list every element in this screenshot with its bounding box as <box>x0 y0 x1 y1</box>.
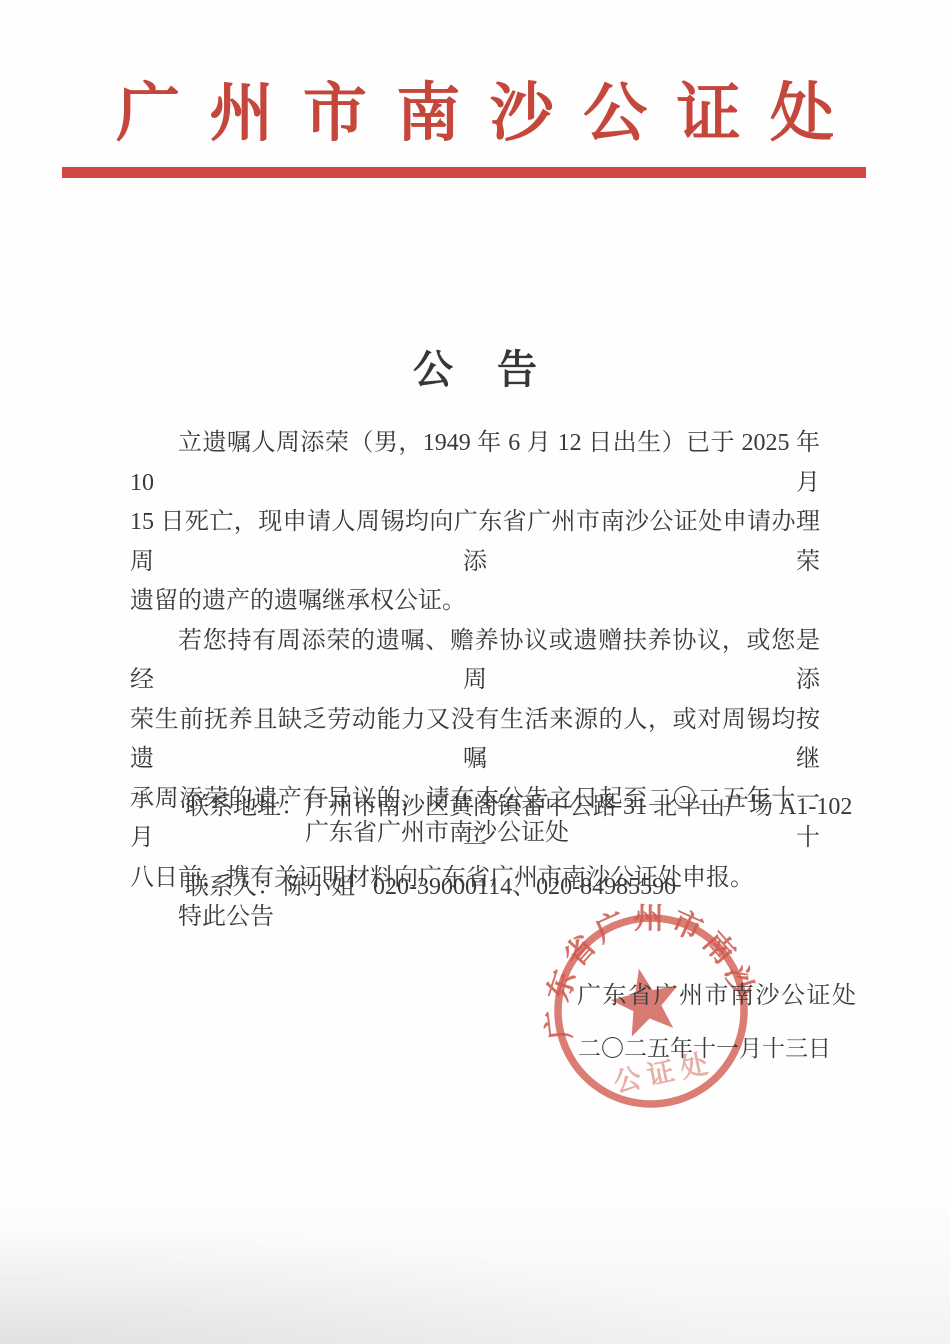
notarial-announcement-document: 广州市南沙公证处 公告 立遗嘱人周添荣（男，1949 年 6 月 12 日出生）… <box>0 0 950 1344</box>
contact-address-line2: 广东省广州市南沙公证处 <box>305 820 852 846</box>
contact-phone-numbers: 020-39000114、020-84985590 <box>373 874 676 900</box>
contact-person: 联系人： 陈小姐 020-39000114、020-84985590 <box>185 874 676 900</box>
body-line: 立遗嘱人周添荣（男，1949 年 6 月 12 日出生）已于 2025 年 10… <box>130 424 820 503</box>
scan-shadow-artifact <box>0 1194 950 1344</box>
notary-office-seal: 广东省广州市南沙 公证处 <box>521 881 782 1142</box>
contact-person-label: 联系人： <box>185 874 281 900</box>
office-title: 广州市南沙公证处 <box>0 72 950 156</box>
body-line: 荣生前抚养且缺乏劳动能力又没有生活来源的人，或对周锡均按遗嘱继 <box>130 701 820 780</box>
body-line: 遗留的遗产的遗嘱继承权公证。 <box>130 582 820 622</box>
contact-address: 联系地址： 广州市南沙区黄阁镇番中公路 31 北半山广场 A1-102 广东省广… <box>185 794 852 846</box>
contact-person-name: 陈小姐 <box>283 874 355 900</box>
contact-address-line1: 广州市南沙区黄阁镇番中公路 31 北半山广场 A1-102 <box>305 794 852 820</box>
notice-title: 公告 <box>0 346 950 394</box>
announcement-body: 立遗嘱人周添荣（男，1949 年 6 月 12 日出生）已于 2025 年 10… <box>130 424 820 938</box>
contact-address-label: 联系地址： <box>185 794 305 820</box>
body-line: 若您持有周添荣的遗嘱、赡养协议或遗赠扶养协议，或您是经周添 <box>130 622 820 701</box>
header-rule <box>62 167 866 178</box>
body-line: 15 日死亡，现申请人周锡均向广东省广州市南沙公证处申请办理周添荣 <box>130 503 820 582</box>
signature-office-name: 广东省广州市南沙公证处 <box>577 982 858 1010</box>
signature-date: 二〇二五年十一月十三日 <box>578 1035 831 1062</box>
